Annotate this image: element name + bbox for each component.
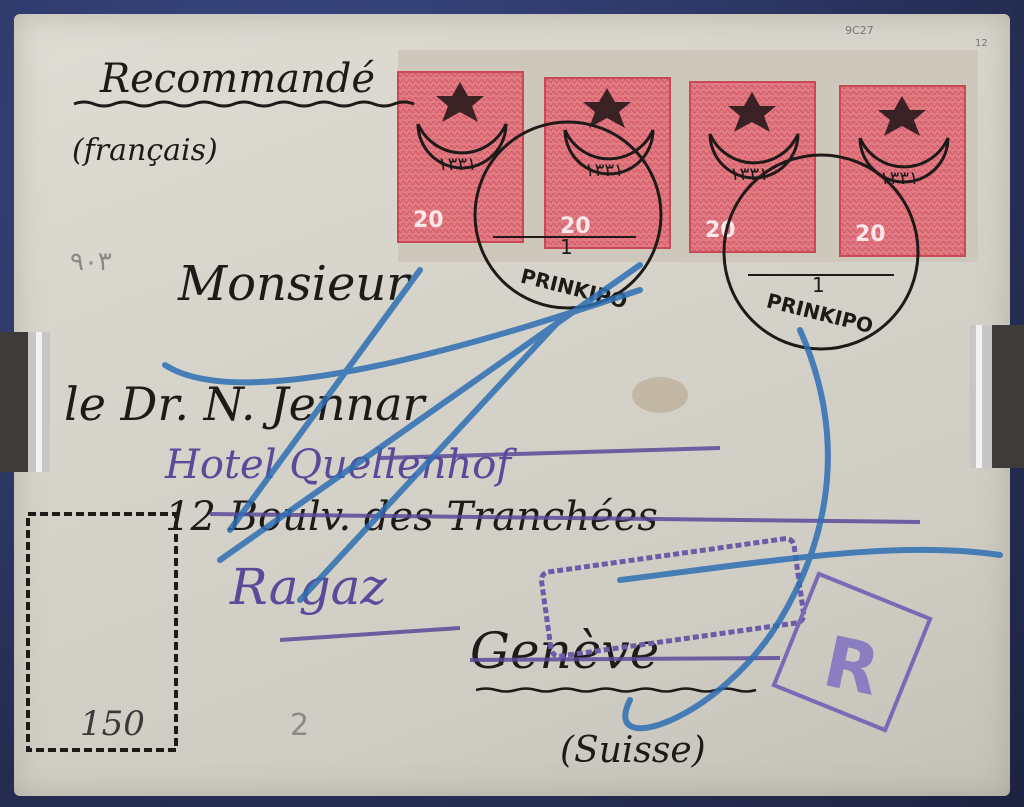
postmark-2-number: 1 — [812, 273, 825, 297]
pencil-note-left: ٩٠٣ — [70, 247, 112, 277]
stain — [632, 377, 688, 413]
svg-text:20: 20 — [855, 222, 886, 247]
postmark-1-number: 1 — [560, 235, 573, 259]
svg-text:١٣٣١: ١٣٣١ — [438, 154, 477, 175]
stamp: ١٣٣١20 — [398, 72, 523, 242]
svg-text:١٣٣١: ١٣٣١ — [585, 160, 624, 181]
pencil-note-bottom: 2 — [290, 708, 309, 743]
mount-clip-left — [0, 332, 50, 472]
salutation: Monsieur — [177, 256, 412, 312]
pencil-note-corner: 12 — [975, 38, 988, 49]
stamp: ١٣٣١20 — [690, 82, 815, 252]
svg-text:20: 20 — [705, 218, 736, 243]
postmark-1-town: PRINKIPO — [518, 264, 629, 314]
hotel-line: Hotel Quellenhof — [164, 442, 517, 488]
stamp: ١٣٣١20 — [545, 78, 670, 248]
registration-mark: R — [817, 620, 887, 711]
envelope-artwork: ١٣٣١20١٣٣١20١٣٣١20١٣٣١20 PRINKIPO PRINKI… — [0, 0, 1024, 807]
svg-text:20: 20 — [413, 208, 444, 233]
registered-header: Recommandé — [99, 56, 375, 102]
city: Genève — [470, 622, 659, 680]
country: (Suisse) — [560, 730, 706, 771]
header-underline — [74, 102, 414, 106]
mount-clip-right — [970, 325, 1024, 468]
header-note: (français) — [72, 133, 218, 168]
registration-number: 150 — [80, 704, 145, 744]
pencil-note-top-right: 9C27 — [845, 24, 874, 37]
stamp: ١٣٣١20 — [840, 86, 965, 256]
